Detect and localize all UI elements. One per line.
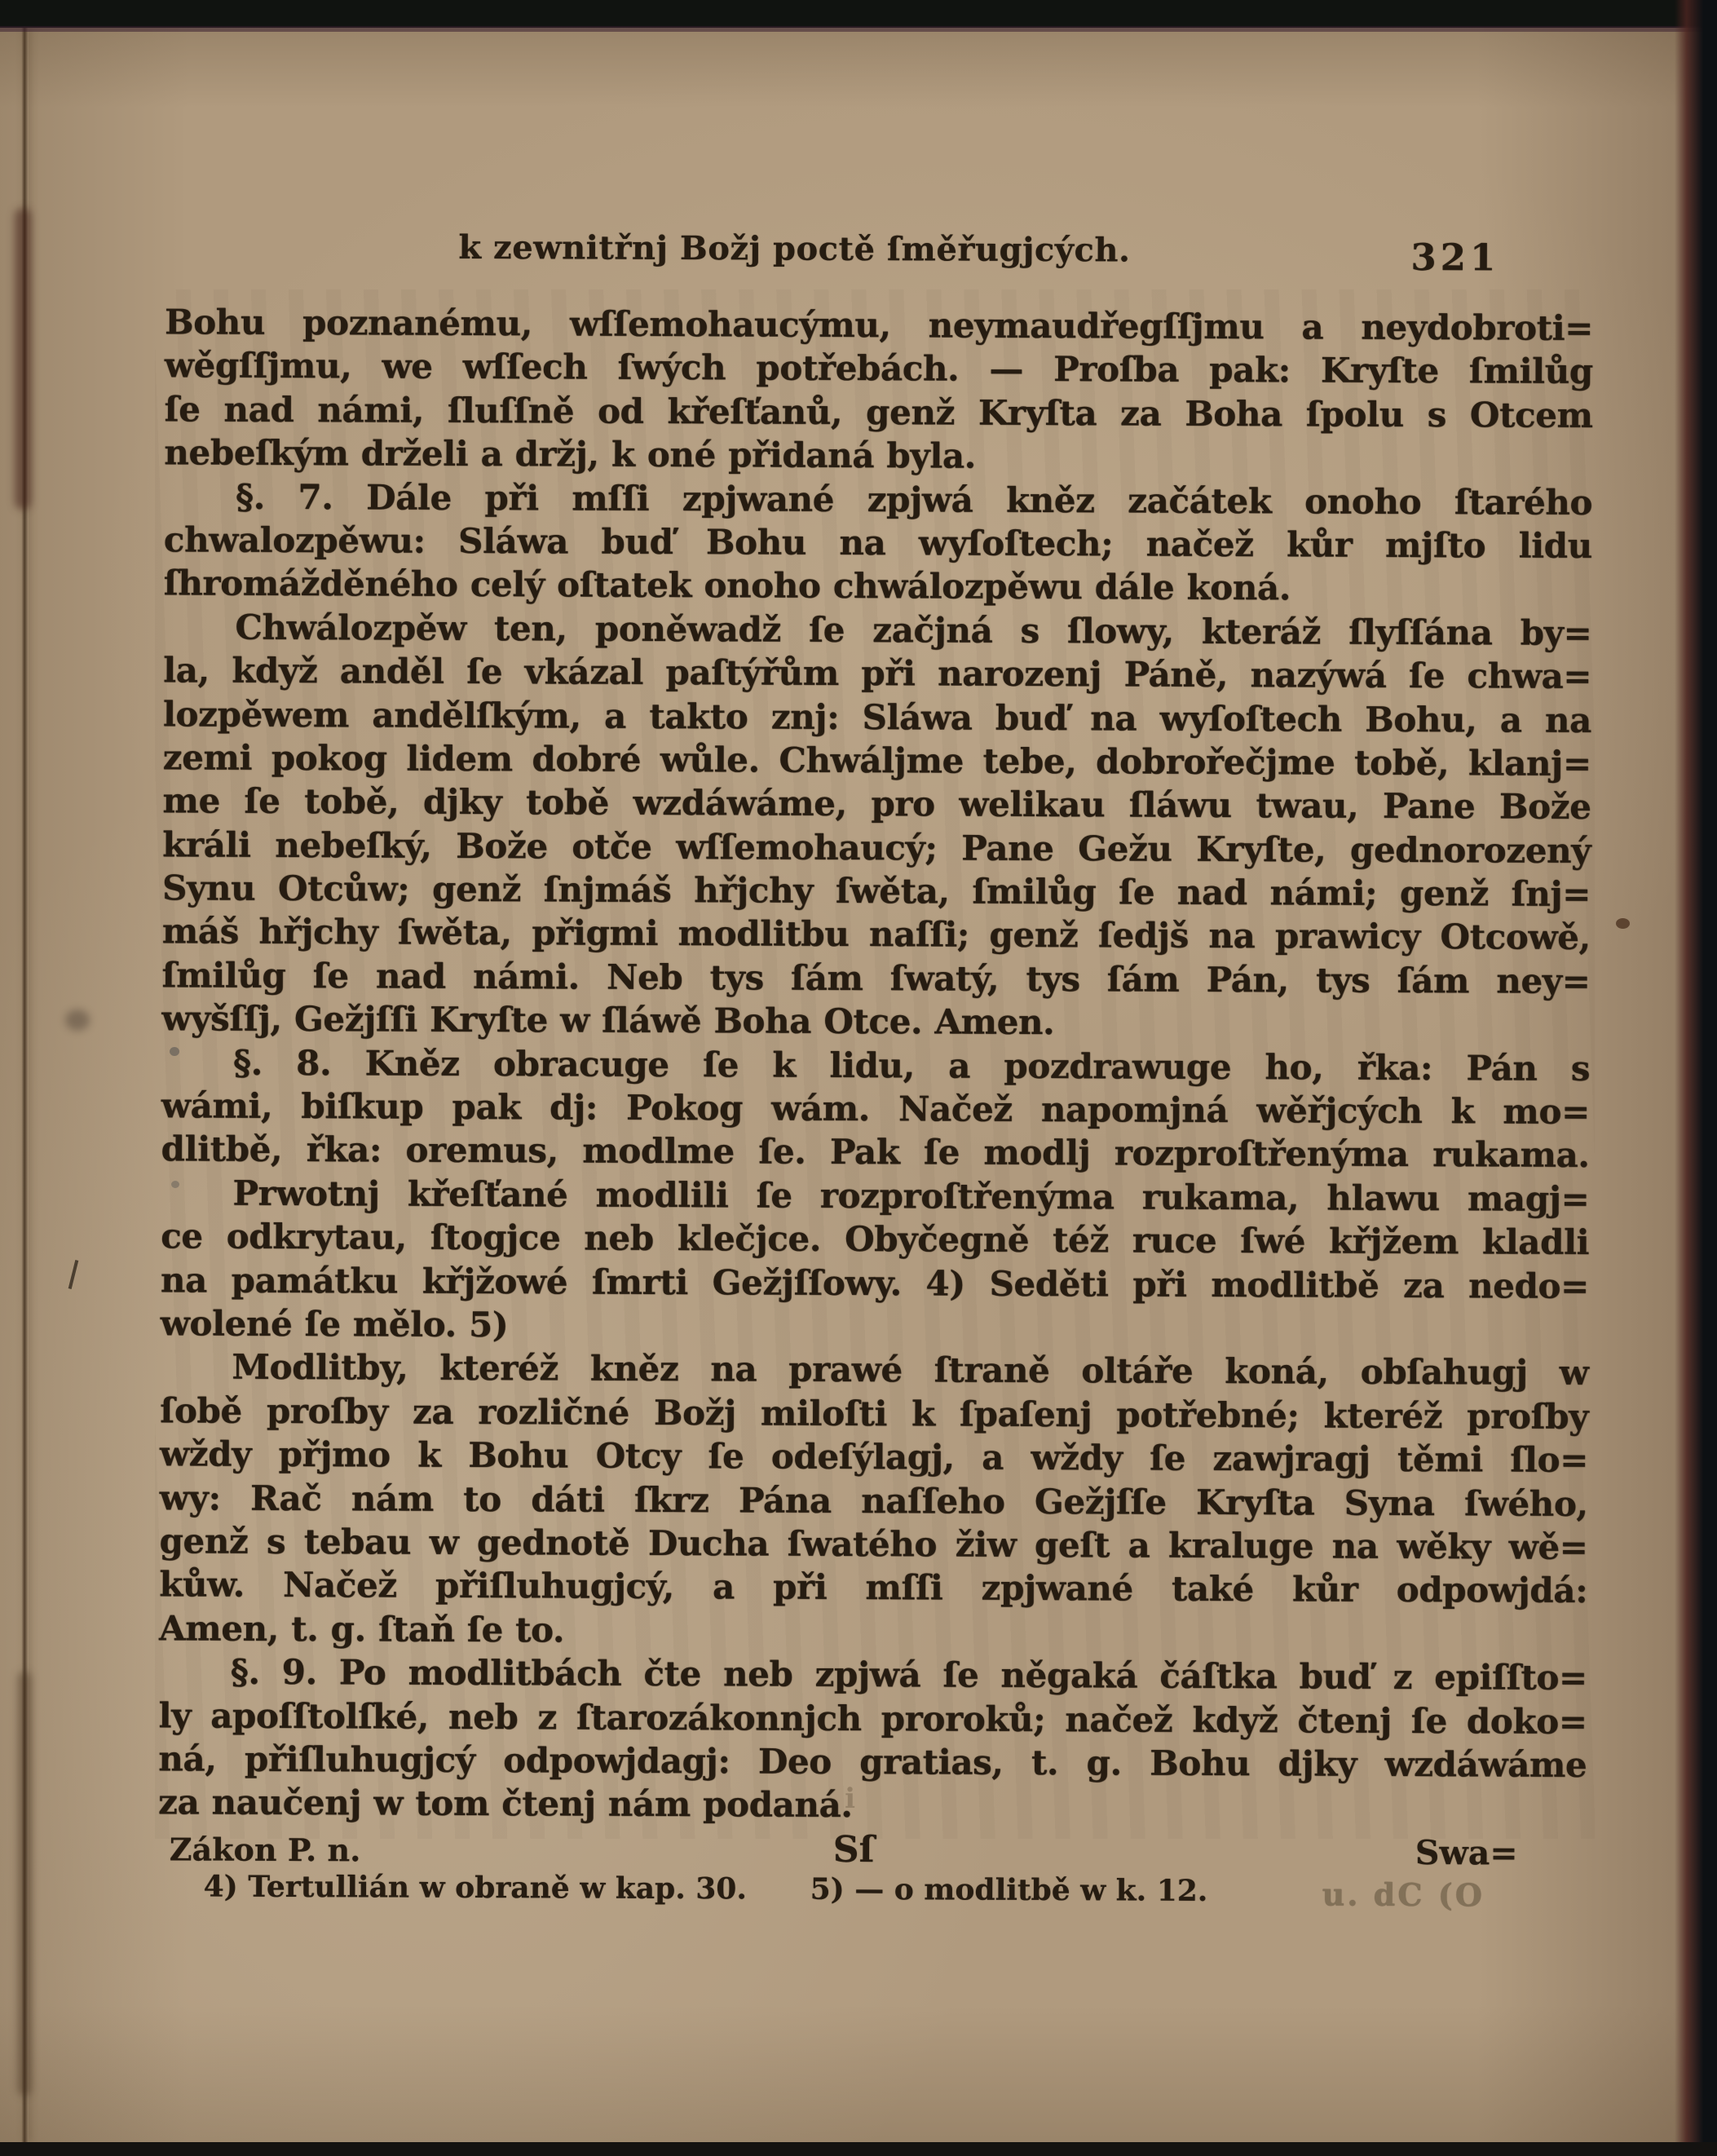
gutter-stain (18, 1672, 31, 2096)
stain-speck (65, 1010, 90, 1031)
text-line: dlitbě, řka: oremus, modlme ſe. Pak ſe m… (161, 1128, 1589, 1177)
scan-border-bottom (0, 2142, 1717, 2156)
scan-border-top (0, 0, 1717, 28)
text-line: ſobě proſby za rozličné Božj miloſti k ſ… (160, 1389, 1588, 1438)
footnote-row: 4) Tertullián w obraně w kap. 30. 5) — o… (157, 1869, 1641, 1924)
text-line: ſhromážděného celý oſtatek onoho chwáloz… (164, 562, 1592, 612)
text-line: wyšſſj, Gežjſſi Kryſte w ſláwě Boha Otce… (161, 997, 1590, 1047)
text-line: za naučenj w tom čtenj nám podaná. (158, 1781, 1587, 1831)
gutter-stain (15, 208, 31, 510)
signature-mark: Sſ (833, 1829, 875, 1871)
text-line: wždy přjmo k Bohu Otcy ſe odeſýlagj, a w… (160, 1432, 1588, 1482)
stain-speck (1616, 918, 1630, 929)
text-line: Bohu poznanému, wſſemohaucýmu, neymaudře… (165, 300, 1593, 350)
text-line: wolené ſe mělo. 5) (161, 1301, 1589, 1351)
footnote-2: 5) — o modlitbě w k. 12. (810, 1872, 1208, 1908)
text-line: zemi pokog lidem dobré wůle. Chwáljme te… (163, 736, 1591, 785)
text-line: chwalozpěwu: Sláwa buď Bohu na wyſoſtech… (164, 518, 1592, 568)
ghost-text: i (845, 1783, 855, 1815)
text-line: lozpěwem andělſkým, a takto znj: Sláwa b… (163, 692, 1591, 742)
page-content: k zewnitřnj Božj poctě ſměřugjcých. 321 … (0, 0, 1717, 2156)
text-line: králi nebeſký, Bože otče wſſemohaucý; Pa… (162, 823, 1591, 873)
text-line: §. 8. Kněz obracuge ſe k lidu, a pozdraw… (161, 1040, 1590, 1090)
stain-speck (170, 1047, 179, 1056)
scan-page: k zewnitřnj Božj poctě ſměřugjcých. 321 … (0, 0, 1717, 2156)
text-line: la, když anděl ſe vkázal paſtýřům při na… (163, 648, 1591, 698)
text-line: Synu Otcůw; genž ſnjmáš hřjchy ſwěta, ſm… (162, 866, 1591, 916)
text-line: ſmilůg ſe nad námi. Neb tys ſám ſwatý, t… (161, 953, 1590, 1003)
text-line: §. 9. Po modlitbách čte neb zpjwá ſe něg… (159, 1650, 1587, 1699)
text-line: kůw. Načež přiſluhugjcý, a při mſſi zpjw… (159, 1563, 1587, 1613)
body-text: Bohu poznanému, wſſemohaucýmu, neymaudře… (158, 300, 1593, 1830)
text-line: Chwálozpěw ten, poněwadž ſe začjná s ſlo… (163, 605, 1591, 655)
text-line: genž s tebau w gednotě Ducha ſwatého žiw… (159, 1519, 1587, 1569)
page-header: k zewnitřnj Božj poctě ſměřugjcých. 321 (3, 226, 1717, 282)
signature-title: Zákon P. n. (170, 1831, 361, 1868)
text-line: nebeſkým drželi a držj, k oné přidaná by… (164, 431, 1592, 480)
ghost-text: u. dC (O (1322, 1875, 1485, 1913)
scan-border-right (1675, 0, 1717, 2156)
text-line: Amen, t. g. ſtaň ſe to. (159, 1606, 1587, 1656)
text-line: wy: Rač nám to dáti ſkrz Pána naſſeho Ge… (160, 1476, 1588, 1526)
text-line: ce odkrytau, ſtogjce neb klečjce. Obyčeg… (161, 1214, 1589, 1264)
footnote-1: 4) Tertullián w obraně w kap. 30. (204, 1870, 747, 1906)
text-line: ly apoſſtolſké, neb z ſtarozákonnjch pro… (158, 1694, 1587, 1743)
text-line: me ſe tobě, djky tobě wzdáwáme, pro weli… (162, 780, 1591, 829)
text-line: na památku křjžowé ſmrti Gežjſſowy. 4) S… (161, 1258, 1589, 1308)
stain-speck (171, 1181, 179, 1188)
page-number: 321 (1410, 236, 1499, 279)
running-title: k zewnitřnj Božj poctě ſměřugjcých. (329, 228, 1259, 270)
text-line: ná, přiſluhugjcý odpowjdagj: Deo gratias… (158, 1737, 1587, 1787)
text-line: máš hřjchy ſwěta, přigmi modlitbu naſſi;… (162, 910, 1591, 960)
text-line: wámi, biſkup pak dj: Pokog wám. Načež na… (161, 1084, 1590, 1133)
text-line: Prwotnj křeſťané modlili ſe rozproſtřený… (161, 1171, 1589, 1221)
text-line: Modlitby, kteréž kněz na prawé ſtraně ol… (160, 1345, 1588, 1395)
catchword: Swa= (1415, 1833, 1518, 1873)
text-line: §. 7. Dále při mſſi zpjwané zpjwá kněz z… (164, 475, 1592, 524)
text-line: wěgſſjmu, we wſſech ſwých potřebách. — P… (165, 344, 1593, 394)
scan-border-top-accent (0, 26, 1717, 32)
text-line: ſe nad námi, ſluſſně od křeſťanů, genž K… (164, 387, 1592, 437)
